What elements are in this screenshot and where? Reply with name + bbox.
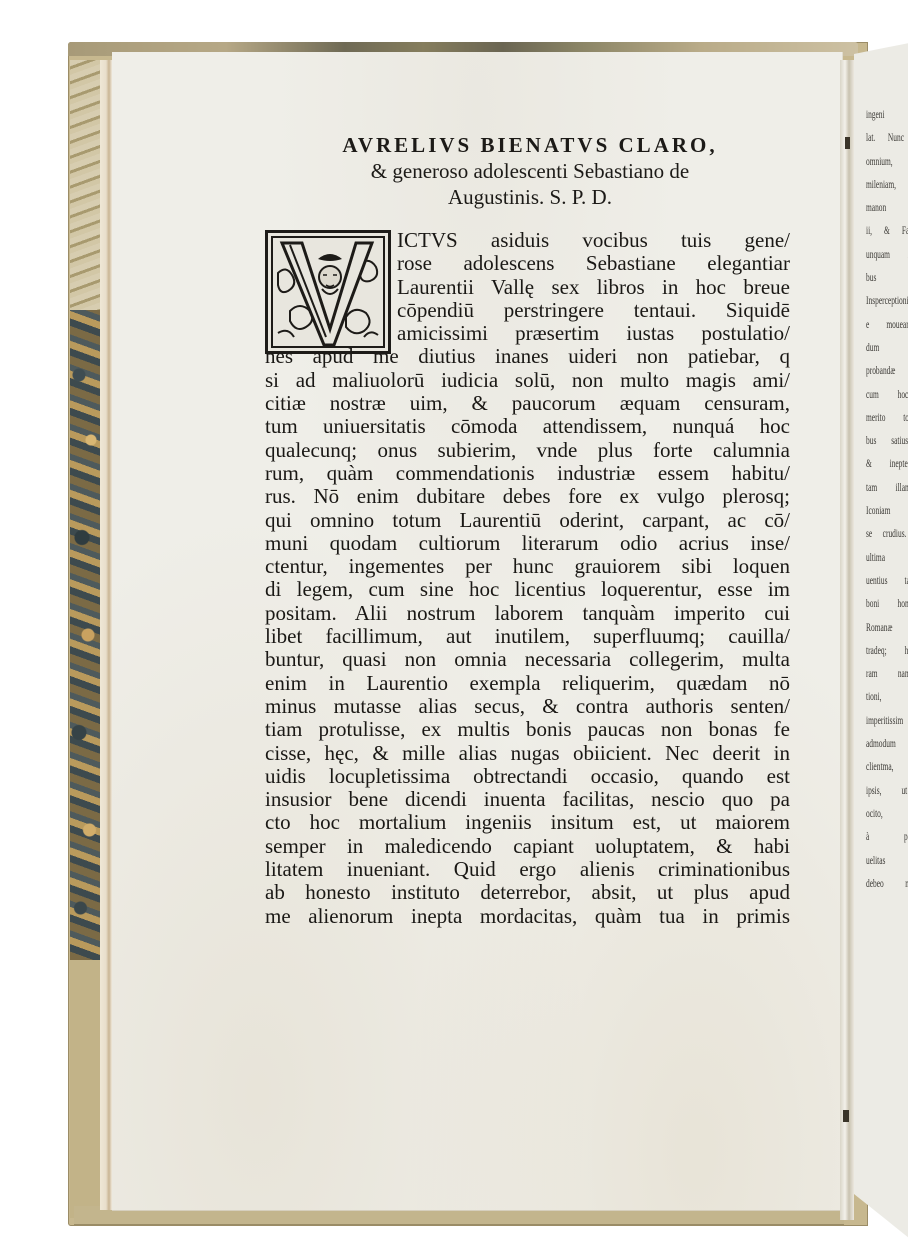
facing-line: mileniam, à S (866, 172, 908, 195)
facing-line: bus expolierit (866, 265, 908, 288)
body-line: rus. Nō enim dubitare debes fore ex vulg… (265, 485, 790, 508)
facing-page: ingeni egatio lat. Nunc ut al omnium, de… (854, 42, 908, 1242)
facing-line: debeo non f (866, 871, 908, 894)
heading-line-2: & generoso adolescenti Sebastiano de (265, 158, 795, 184)
body-line: citiæ nostræ uim, & paucorum æquam censu… (265, 392, 790, 415)
heading-line-1: AVRELIVS BIENATVS CLARO, (265, 132, 795, 158)
body-line: minus mutasse alias secus, & contra auth… (265, 695, 790, 718)
body-line: litatem inueniant. Quid ergo alienis cri… (265, 858, 790, 881)
body-line: di legem, cum sine hoc licentius loquere… (265, 578, 790, 601)
heading-line-3: Augustinis. S. P. D. (265, 184, 795, 210)
facing-line: admodum à (866, 731, 908, 754)
facing-line: Romanæ lingu (866, 615, 908, 638)
letter-heading: AVRELIVS BIENATVS CLARO, & generoso adol… (265, 132, 795, 210)
body-line: me alienorum inepta mordacitas, quàm tua… (265, 905, 790, 928)
facing-line: se crudius. Te m (866, 521, 908, 544)
body-line: ICTVS asiduis vocibus tuis gene/ (397, 229, 790, 252)
facing-line: Iconiam multo (866, 498, 908, 521)
facing-line: ipsis, ut nobi (866, 778, 908, 801)
facing-page-text: ingeni egatio lat. Nunc ut al omnium, de… (866, 102, 908, 894)
body-line: uidis locupletissima obtrectandi occasio… (265, 765, 790, 788)
facing-line: probandæ uide (866, 358, 908, 381)
body-line: ab honesto instituto deterrebor, absit, … (265, 881, 790, 904)
sewing-thread (845, 137, 850, 149)
facing-line: ram nam mo (866, 661, 908, 684)
facing-line: ocito, quam (866, 801, 908, 824)
facing-line: Insperceptioni (866, 288, 908, 311)
letter-body: ICTVS asiduis vocibus tuis gene/ rose ad… (265, 229, 790, 928)
body-line: semper in maledicendo capiant uoluptatem… (265, 835, 790, 858)
facing-line: ingeni egatio (866, 102, 908, 125)
facing-line: uelitas dilect (866, 848, 908, 871)
facing-line: tam illam beti (866, 475, 908, 498)
facing-line: boni homo, pl (866, 591, 908, 614)
vellum-turn-in-lower (70, 960, 100, 1218)
body-line: positam. Alii nostrum laborem tanquàm im… (265, 602, 790, 625)
facing-line: imperitissim (866, 708, 908, 731)
body-line: insusior bene dicendi inuenta facilitas,… (265, 788, 790, 811)
body-line: libet facillimum, aut inutilem, superflu… (265, 625, 790, 648)
facing-line: merito toties c (866, 405, 908, 428)
facing-line: clientma, fl (866, 754, 908, 777)
facing-line: omnium, de La (866, 149, 908, 172)
facing-line: ultima dociū (866, 545, 908, 568)
sewing-thread-lower (843, 1110, 849, 1122)
body-line: tiam protulisse, ex multis bonis paucas … (265, 718, 790, 741)
body-line: muni quodam cultiorum literarum odio acr… (265, 532, 790, 555)
body-line: rum, quàm commendationis industriæ essem… (265, 462, 790, 485)
body-line: amicissimi præsertim iustas postulatio/ (397, 322, 790, 345)
body-line: nes apud me diutius inanes uideri non pa… (265, 345, 790, 368)
body-line: cto hoc mortalium ingeniis insitum est, … (265, 811, 790, 834)
body-line: tum uniuersitatis cōmoda attendissem, nu… (265, 415, 790, 438)
facing-line: cum hoc conf (866, 382, 908, 405)
facing-line: unquam in me (866, 242, 908, 265)
body-line: cisse, hęc, & mille alias nugas obiicien… (265, 742, 790, 765)
facing-line: tradeq; hanc u (866, 638, 908, 661)
facing-line: bus satius fuisse (866, 428, 908, 451)
marbled-paper-pastedown (70, 310, 100, 960)
body-line: enim in Laurentio exempla reliquerim, qu… (265, 672, 790, 695)
facing-line: à perfectissim (866, 824, 908, 847)
book-gutter (840, 60, 854, 1220)
body-line: rose adolescens Sebastiane elegantiar (397, 252, 790, 275)
body-line: buntur, quasi non omnia necessaria colle… (265, 648, 790, 671)
book-photograph: ingeni egatio lat. Nunc ut al omnium, de… (0, 0, 908, 1260)
facing-line: manon appare (866, 195, 908, 218)
facing-line: dum authoritat (866, 335, 908, 358)
body-line: ctentur, ingementes per hunc grauiorem s… (265, 555, 790, 578)
facing-line: ii, & Fabii Qui (866, 218, 908, 241)
facing-line: & inepte locut (866, 451, 908, 474)
facing-line: tioni, Cathol (866, 684, 908, 707)
body-line: qui omnino totum Laurentiū oderint, carp… (265, 509, 790, 532)
body-line: cōpendiū perstringere tentaui. Siquidē (397, 299, 790, 322)
body-line: qualecunq; onus subierim, vnde plus fort… (265, 439, 790, 462)
body-line: si ad maliuolorū iudicia solū, non multo… (265, 369, 790, 392)
vellum-turn-in (70, 60, 100, 310)
facing-line: uentius tam, pl (866, 568, 908, 591)
facing-line: lat. Nunc ut al (866, 125, 908, 148)
body-line: Laurentii Vallę sex libros in hoc breue (397, 276, 790, 299)
facing-line: e moueant, illa (866, 312, 908, 335)
